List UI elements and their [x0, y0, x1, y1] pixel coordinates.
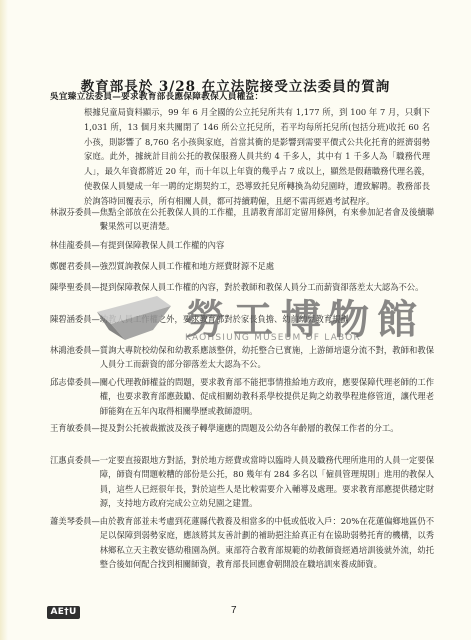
- entry-text: 一定要直接跟地方對話，對於地方經費或當時以臨時人員及職務代理所進用的人員一定要保…: [100, 453, 434, 510]
- page-number: 7: [231, 605, 237, 616]
- legislator-entry: 林淑芬委員 — 焦點全部放在公托教保人員的工作權，且請教育部訂定留用條例，有來參…: [50, 205, 434, 234]
- entry-text: 關心代理教師權益的問題，要求教育部不能把事情推給地方政府，應要保障代理老師的工作…: [100, 375, 434, 418]
- entry-text: 提到保障教保人員工作權的內容，對於教師和教保人員分工而薪資卻落差太大認為不公。: [100, 280, 434, 294]
- entry-dash: —: [92, 514, 100, 571]
- legislator-entry: 林鴻池委員 — 質詢大專院校幼保和幼教系應該整併，幼托整合已實施，上游師培還分流…: [50, 343, 434, 372]
- entry-dash: —: [92, 280, 100, 294]
- legislator-name: 鄭麗君委員: [50, 259, 92, 273]
- entry-text: 提及對公托被裁撤波及孩子轉學適應的問題及公幼各年齡層的教保工作者的分工。: [100, 421, 434, 435]
- legislator-name: 江惠貞委員: [50, 453, 92, 510]
- legislator-entry: 鄭麗君委員 — 強烈質詢教保人員工作權和地方經費財源不足處: [50, 259, 434, 273]
- legislator-entry: 陳學聖委員 — 提到保障教保人員工作權的內容，對於教師和教保人員分工而薪資卻落差…: [50, 280, 434, 294]
- legislator-name: 王育敏委員: [50, 421, 92, 435]
- entry-dash: —: [92, 343, 100, 372]
- legislator-entry: 蕭美琴委員 — 由於教育部並未考慮到花蓮縣代教養及相當多的中低或低收入戶：20%…: [50, 514, 434, 571]
- entry-text: 質詢大專院校幼保和幼教系應該整併，幼托整合已實施，上游師培還分流不對，教師和教保…: [100, 343, 434, 372]
- entry-dash: —: [92, 259, 100, 273]
- legislator-name: 陳碧涵委員: [50, 312, 92, 326]
- entry-text: 由於教育部並未考慮到花蓮縣代教養及相當多的中低或低收入戶：20%在花蓮偏鄉地區仍…: [100, 514, 434, 571]
- legislator-entry: 江惠貞委員 — 一定要直接跟地方對話，對於地方經費或當時以臨時人員及職務代理所進…: [50, 453, 434, 510]
- entry-text: 幼教人員工作權之外，要求教育部對於家長負擔、幼前幼兒教育規劃: [100, 312, 434, 326]
- legislator-name: 陳學聖委員: [50, 280, 92, 294]
- section-subhead: 吳宜臻立法委員—要求教育部長應保障教保人員權益：: [50, 90, 450, 102]
- legislator-entry: 王育敏委員 — 提及對公托被裁撤波及孩子轉學適應的問題及公幼各年齡層的教保工作者…: [50, 421, 434, 435]
- legislator-name: 邱志偉委員: [50, 375, 92, 418]
- entry-text: 有提到保障教保人員工作權的內容: [100, 238, 434, 252]
- entry-dash: —: [92, 312, 100, 326]
- aetu-logo: AE†U: [47, 606, 80, 619]
- legislator-name: 林佳龍委員: [50, 238, 92, 252]
- watermark-subtext: KAOHSIUNG MUSEUM OF LABOR: [185, 333, 361, 343]
- legislator-entry: 陳碧涵委員 — 幼教人員工作權之外，要求教育部對於家長負擔、幼前幼兒教育規劃: [50, 312, 434, 326]
- legislator-name: 林鴻池委員: [50, 343, 92, 372]
- legislator-entry: 邱志偉委員 — 關心代理教師權益的問題，要求教育部不能把事情推給地方政府，應要保…: [50, 375, 434, 418]
- scan-edge-shadow: [0, 0, 8, 640]
- entry-dash: —: [92, 375, 100, 418]
- legislator-entry: 林佳龍委員 — 有提到保障教保人員工作權的內容: [50, 238, 434, 252]
- entry-text: 焦點全部放在公托教保人員的工作權，且請教育部訂定留用條例，有來參加記者會及後續聯…: [100, 205, 434, 234]
- entry-dash: —: [92, 421, 100, 435]
- entry-text: 強烈質詢教保人員工作權和地方經費財源不足處: [100, 259, 434, 273]
- document-page: 教育部長於 3/28 在立法院接受立法委員的質詢 吳宜臻立法委員—要求教育部長應…: [0, 0, 471, 640]
- entry-dash: —: [92, 205, 100, 234]
- entry-dash: —: [92, 238, 100, 252]
- legislator-name: 林淑芬委員: [50, 205, 92, 234]
- legislator-name: 蕭美琴委員: [50, 514, 92, 571]
- main-paragraph: 根據兒童局資料顯示，99 年 6 月全國的公立托兒所共有 1,177 所，到 1…: [84, 105, 430, 209]
- entry-dash: —: [92, 453, 100, 510]
